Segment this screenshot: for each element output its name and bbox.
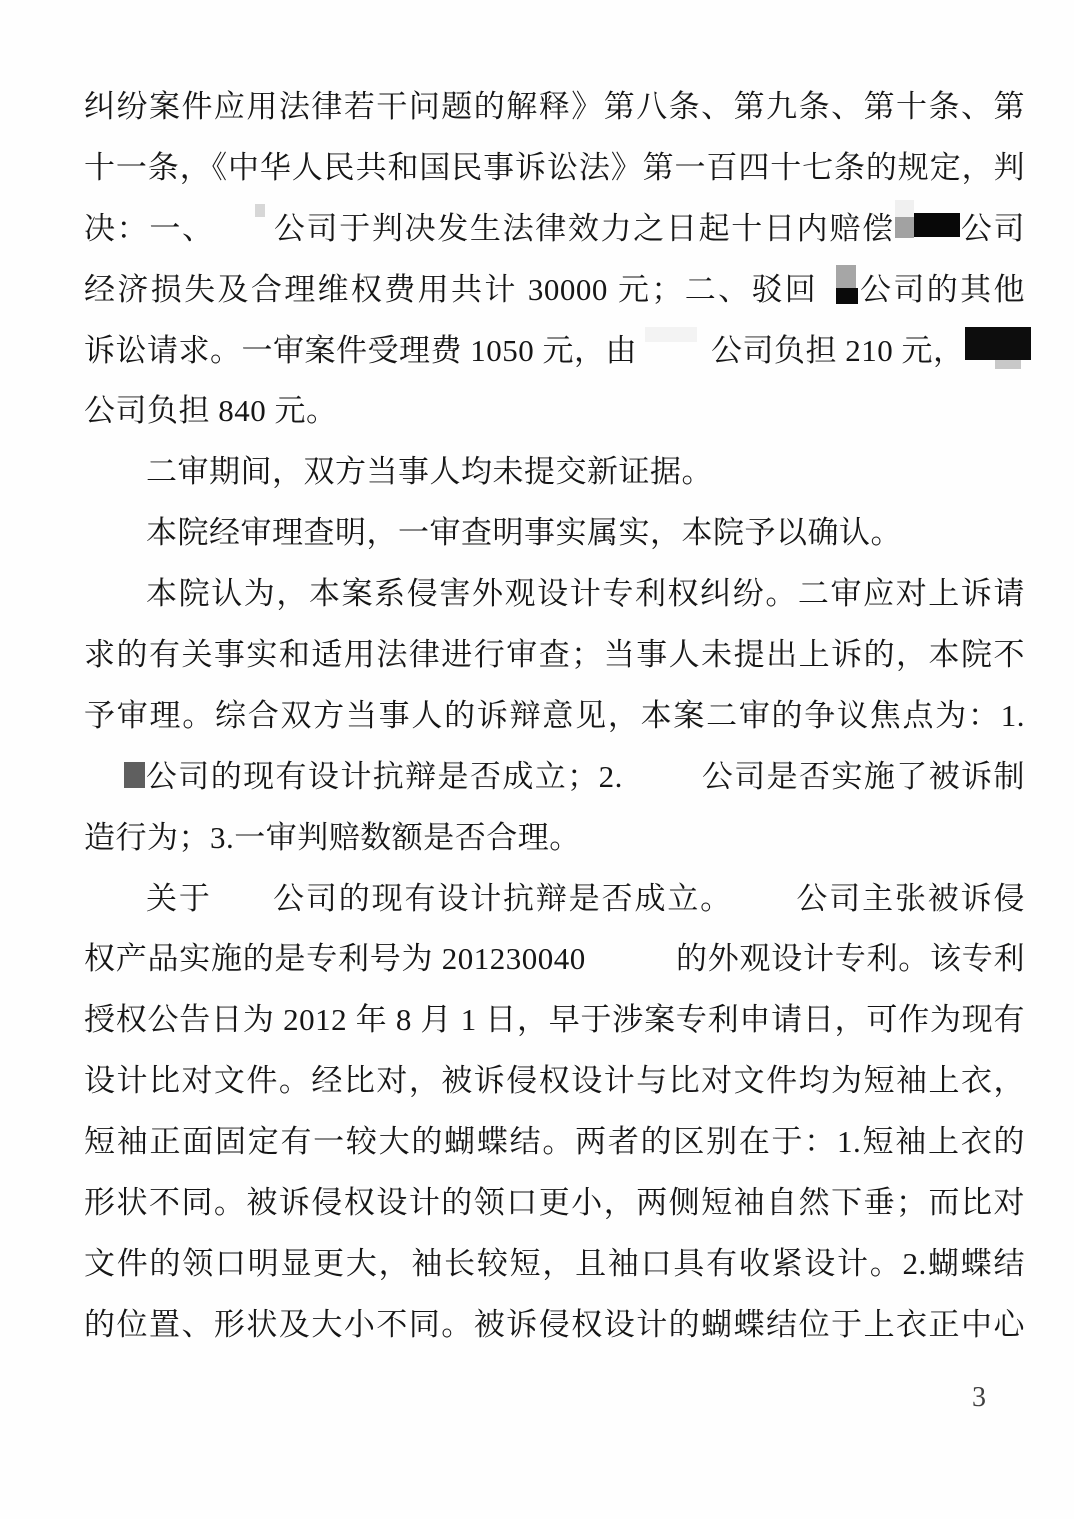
text-run: 公司主张被诉侵	[795, 881, 1025, 916]
text-run: 本院认为，本案系侵害外观设计专利权纠纷。二审应对上诉请	[146, 576, 1025, 611]
judgment-text-line: 诉讼请求。一审案件受理费 1050 元，由公司负担 210 元，	[84, 321, 1025, 382]
redaction-box	[255, 204, 265, 217]
judgment-text-line: 十一条，《中华人民共和国民事诉讼法》第一百四十七条的规定，判	[84, 138, 1025, 199]
judgment-text-line: 本院认为，本案系侵害外观设计专利权纠纷。二审应对上诉请	[84, 564, 1025, 625]
judgment-page: 纠纷案件应用法律若干问题的解释》第八条、第九条、第十条、第十一条，《中华人民共和…	[0, 0, 1074, 1519]
text-run: 公司是否实施了被诉制	[701, 759, 1025, 794]
text-run: 关于	[146, 881, 212, 916]
text-run: 公司的其他	[858, 272, 1025, 307]
text-run: 权产品实施的是专利号为 201230040	[84, 941, 586, 976]
judgment-text-line: 纠纷案件应用法律若干问题的解释》第八条、第九条、第十条、第	[84, 77, 1025, 138]
redacted-gap	[818, 299, 836, 300]
text-run: 十一条，《中华人民共和国民事诉讼法》第一百四十七条的规定，判	[84, 150, 1025, 185]
text-run: 本院经审理查明，一审查明事实属实，本院予以确认。	[146, 515, 902, 550]
judgment-text-line: 予审理。综合双方当事人的诉辩意见，本案二审的争议焦点为：1.	[84, 686, 1025, 747]
text-run: 造行为；3.一审判赔数额是否合理。	[84, 820, 581, 855]
judgment-text-body: 纠纷案件应用法律若干问题的解释》第八条、第九条、第十条、第十一条，《中华人民共和…	[84, 77, 1025, 1356]
redacted-gap	[84, 786, 124, 787]
text-run: 诉讼请求。一审案件受理费 1050 元，由	[84, 333, 637, 368]
redacted-gap	[697, 360, 711, 361]
text-run: 公司的现有设计抗辩是否成立；2.	[145, 759, 623, 794]
text-run: 的外观设计专利。该专利	[676, 941, 1025, 976]
text-run: 设计比对文件。经比对，被诉侵权设计与比对文件均为短袖上衣，	[84, 1063, 1025, 1098]
judgment-text-line: 公司的现有设计抗辩是否成立；2.公司是否实施了被诉制	[84, 747, 1025, 808]
judgment-text-line: 二审期间，双方当事人均未提交新证据。	[84, 442, 1025, 503]
text-run: 予审理。综合双方当事人的诉辩意见，本案二审的争议焦点为：1.	[84, 698, 1025, 733]
redacted-gap	[586, 968, 676, 969]
text-run: 公司于判决发生法律效力之日起十日内赔偿	[273, 211, 895, 246]
text-run: 公司	[960, 211, 1025, 246]
judgment-text-line: 关于公司的现有设计抗辩是否成立。公司主张被诉侵	[84, 869, 1025, 930]
text-run: 的位置、形状及大小不同。被诉侵权设计的蝴蝶结位于上衣正中心	[84, 1307, 1025, 1342]
text-run: 形状不同。被诉侵权设计的领口更小，两侧短袖自然下垂；而比对	[84, 1185, 1025, 1220]
judgment-text-line: 文件的领口明显更大，袖长较短，且袖口具有收紧设计。2.蝴蝶结	[84, 1234, 1025, 1295]
redacted-gap	[265, 238, 273, 239]
text-run: 决：一、	[84, 211, 215, 246]
judgment-text-line: 形状不同。被诉侵权设计的领口更小，两侧短袖自然下垂；而比对	[84, 1173, 1025, 1234]
judgment-text-line: 求的有关事实和适用法律进行审查；当事人未提出上诉的，本院不	[84, 625, 1025, 686]
text-run: 二审期间，双方当事人均未提交新证据。	[146, 454, 713, 489]
text-run: 经济损失及合理维权费用共计 30000 元；二、驳回	[84, 272, 818, 307]
text-run: 授权公告日为 2012 年 8 月 1 日，早于涉案专利申请日，可作为现有	[84, 1002, 1025, 1037]
judgment-text-line: 的位置、形状及大小不同。被诉侵权设计的蝴蝶结位于上衣正中心	[84, 1295, 1025, 1356]
judgment-text-line: 经济损失及合理维权费用共计 30000 元；二、驳回公司的其他	[84, 260, 1025, 321]
judgment-text-line: 授权公告日为 2012 年 8 月 1 日，早于涉案专利申请日，可作为现有	[84, 990, 1025, 1051]
redaction-box	[895, 204, 960, 242]
text-run: 求的有关事实和适用法律进行审查；当事人未提出上诉的，本院不	[84, 637, 1025, 672]
judgment-text-line: 短袖正面固定有一较大的蝴蝶结。两者的区别在于：1.短袖上衣的	[84, 1112, 1025, 1173]
page-number: 3	[972, 1381, 1012, 1415]
redaction-box	[645, 327, 697, 342]
redacted-gap	[733, 908, 795, 909]
judgment-text-line: 决：一、公司于判决发生法律效力之日起十日内赔偿公司	[84, 199, 1025, 260]
text-run: 纠纷案件应用法律若干问题的解释》第八条、第九条、第十条、第	[84, 89, 1025, 124]
text-run: 公司的现有设计抗辩是否成立。	[272, 881, 733, 916]
judgment-text-line: 权产品实施的是专利号为 201230040的外观设计专利。该专利	[84, 929, 1025, 990]
text-run: 公司负担 840 元。	[84, 393, 338, 428]
redacted-gap	[637, 360, 645, 361]
text-run: 短袖正面固定有一较大的蝴蝶结。两者的区别在于：1.短袖上衣的	[84, 1124, 1025, 1159]
judgment-text-line: 公司负担 840 元。	[84, 381, 1025, 442]
redacted-gap	[623, 786, 701, 787]
redaction-box	[836, 265, 858, 304]
redacted-gap	[215, 238, 255, 239]
text-run: 文件的领口明显更大，袖长较短，且袖口具有收紧设计。2.蝴蝶结	[84, 1246, 1025, 1281]
judgment-text-line: 设计比对文件。经比对，被诉侵权设计与比对文件均为短袖上衣，	[84, 1051, 1025, 1112]
redacted-gap	[212, 908, 272, 909]
redaction-box	[124, 762, 145, 788]
text-run: 公司负担 210 元，	[711, 333, 965, 368]
judgment-text-line: 造行为；3.一审判赔数额是否合理。	[84, 808, 1025, 869]
redaction-box	[965, 327, 1031, 369]
judgment-text-line: 本院经审理查明，一审查明事实属实，本院予以确认。	[84, 503, 1025, 564]
